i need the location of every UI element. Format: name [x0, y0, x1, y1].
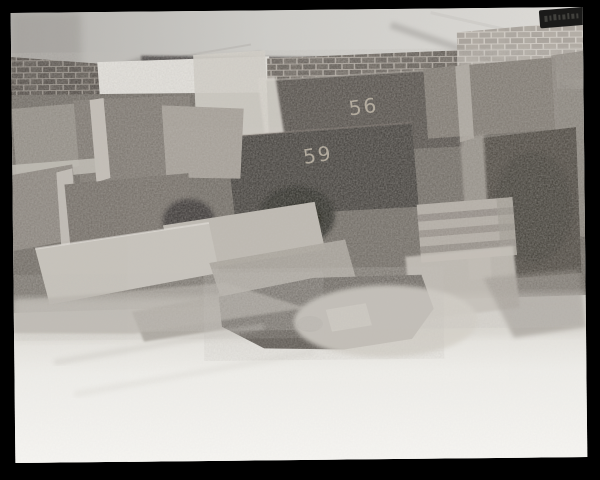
photograph: 56 59	[11, 7, 588, 463]
archive-label	[539, 7, 585, 28]
photo-canvas: 56 59	[11, 7, 588, 463]
grain-overlay-full	[11, 7, 588, 463]
scan-background: 56 59	[0, 0, 600, 480]
